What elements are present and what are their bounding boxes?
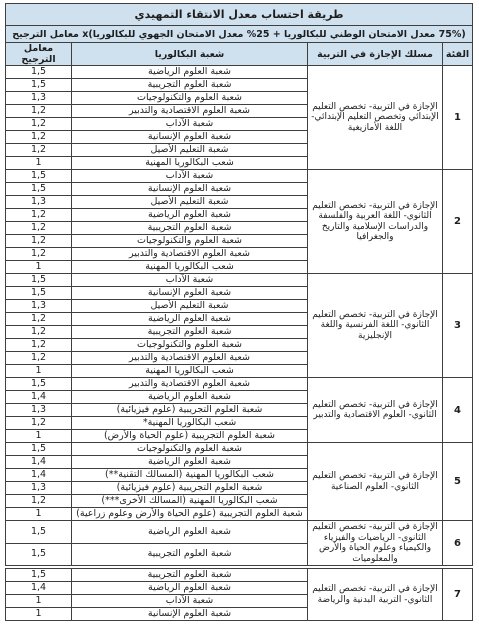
branch-cell: شعبة العلوم الرياضية — [72, 313, 308, 326]
branch-cell: شعبة العلوم التجريبية (علوم فيزيائية) — [72, 482, 308, 495]
track-cell: الإجازة في التربية- تخصص التعليم الثانوي… — [308, 378, 443, 443]
branch-cell: شعبة العلوم والتكنولوجيات — [72, 443, 308, 456]
branch-cell: شعبة الآداب — [72, 274, 308, 287]
branch-cell: شعبة العلوم التجريبية (علوم فيزيائية) — [72, 404, 308, 417]
coefficient-cell: 1,5 — [6, 543, 72, 566]
coefficient-cell: 1 — [6, 365, 72, 378]
table-body: 1الإجازة في التربية- تخصص التعليم الإبتد… — [6, 66, 473, 621]
branch-cell: شعبة العلوم الإنسانية — [72, 287, 308, 300]
branch-cell: شعب البكالوريا المهنية* — [72, 417, 308, 430]
branch-cell: شعبة العلوم الاقتصادية والتدبير — [72, 352, 308, 365]
track-cell: الإجازة في التربية- تخصص التعليم الثانوي… — [308, 521, 443, 566]
coefficient-cell: 1,5 — [6, 79, 72, 92]
table-row: 6الإجازة في التربية- تخصص التعليم الثانو… — [6, 521, 473, 544]
coefficient-cell: 1,2 — [6, 248, 72, 261]
coefficient-cell: 1,2 — [6, 131, 72, 144]
table-row: 3الإجازة في التربية- تخصص التعليم الثانو… — [6, 274, 473, 287]
coefficient-cell: 1,3 — [6, 92, 72, 105]
coefficient-cell: 1 — [6, 608, 72, 621]
branch-cell: شعبة العلوم الرياضية — [72, 521, 308, 544]
branch-cell: شعبة العلوم التجريبية — [72, 222, 308, 235]
category-cell: 1 — [443, 66, 473, 170]
coefficient-cell: 1,2 — [6, 495, 72, 508]
coefficient-cell: 1 — [6, 430, 72, 443]
coefficient-cell: 1,2 — [6, 417, 72, 430]
coefficient-cell: 1,5 — [6, 170, 72, 183]
category-cell: 3 — [443, 274, 473, 378]
table-row: 4الإجازة في التربية- تخصص التعليم الثانو… — [6, 378, 473, 391]
branch-cell: شعبة العلوم التجريبية — [72, 543, 308, 566]
coefficient-cell: 1,5 — [6, 521, 72, 544]
coefficient-cell: 1,4 — [6, 456, 72, 469]
branch-cell: شعبة العلوم التجريبية — [72, 79, 308, 92]
col-header-category: الفئة — [443, 43, 473, 66]
coefficient-cell: 1,2 — [6, 118, 72, 131]
col-header-coefficient: معامل الترجيح — [6, 43, 72, 66]
branch-cell: شعب البكالوريا المهنية — [72, 261, 308, 274]
coefficient-cell: 1,2 — [6, 209, 72, 222]
branch-cell: شعبة الآداب — [72, 595, 308, 608]
coefficient-cell: 1 — [6, 595, 72, 608]
branch-cell: شعبة العلوم التجريبية — [72, 326, 308, 339]
category-cell: 6 — [443, 521, 473, 566]
branch-cell: شعبة العلوم الرياضية — [72, 209, 308, 222]
table-row: 5الإجازة في التربية- تخصص التعليم الثانو… — [6, 443, 473, 456]
table-row: 2الإجازة في التربية- تخصص التعليم الثانو… — [6, 170, 473, 183]
branch-cell: شعبة العلوم الإنسانية — [72, 131, 308, 144]
branch-cell: شعب البكالوريا المهنية — [72, 365, 308, 378]
branch-cell: شعبة التعليم الأصيل — [72, 196, 308, 209]
coefficient-cell: 1,5 — [6, 66, 72, 79]
header-row: الفئة مسلك الإجازة في التربية شعبة البكا… — [6, 43, 473, 66]
coefficient-cell: 1,2 — [6, 144, 72, 157]
branch-cell: شعبة العلوم والتكنولوجيات — [72, 92, 308, 105]
track-cell: الإجازة في التربية- تخصص التعليم الثانوي… — [308, 274, 443, 378]
branch-cell: شعبة العلوم الرياضية — [72, 66, 308, 79]
coefficient-cell: 1,4 — [6, 391, 72, 404]
branch-cell: شعب البكالوريا المهنية (المسالك الأخرى**… — [72, 495, 308, 508]
branch-cell: شعبة العلوم التجريبية (علوم الحياة والأر… — [72, 430, 308, 443]
branch-cell: شعبة التعليم الأصيل — [72, 300, 308, 313]
selection-average-table: طريقة احتساب معدل الانتقاء التمهيدي (75%… — [5, 3, 473, 621]
branch-cell: شعبة العلوم التجريبية — [72, 569, 308, 582]
formula-row: (75% معدل الامتحان الوطني للبكالوريا + 2… — [6, 26, 473, 43]
category-cell: 5 — [443, 443, 473, 521]
track-cell: الإجازة في التربية- تخصص التعليم الثانوي… — [308, 569, 443, 621]
category-cell: 2 — [443, 170, 473, 274]
branch-cell: شعبة العلوم الرياضية — [72, 582, 308, 595]
col-header-track: مسلك الإجازة في التربية — [308, 43, 443, 66]
branch-cell: شعبة الآداب — [72, 118, 308, 131]
branch-cell: شعبة العلوم الرياضية — [72, 456, 308, 469]
coefficient-cell: 1,2 — [6, 339, 72, 352]
title-row: طريقة احتساب معدل الانتقاء التمهيدي — [6, 4, 473, 26]
branch-cell: شعبة العلوم الإنسانية — [72, 183, 308, 196]
page-title: طريقة احتساب معدل الانتقاء التمهيدي — [6, 4, 473, 26]
coefficient-cell: 1,3 — [6, 404, 72, 417]
branch-cell: شعبة العلوم والتكنولوجيات — [72, 339, 308, 352]
coefficient-cell: 1,2 — [6, 222, 72, 235]
category-cell: 7 — [443, 569, 473, 621]
category-cell: 4 — [443, 378, 473, 443]
coefficient-cell: 1,5 — [6, 569, 72, 582]
coefficient-cell: 1,5 — [6, 287, 72, 300]
track-cell: الإجازة في التربية- تخصص التعليم الإبتدا… — [308, 66, 443, 170]
coefficient-cell: 1,3 — [6, 482, 72, 495]
branch-cell: شعبة العلوم الاقتصادية والتدبير — [72, 248, 308, 261]
formula-text: (75% معدل الامتحان الوطني للبكالوريا + 2… — [6, 26, 473, 43]
branch-cell: شعبة العلوم والتكنولوجيات — [72, 235, 308, 248]
branch-cell: شعب البكالوريا المهنية — [72, 157, 308, 170]
coefficient-cell: 1,5 — [6, 183, 72, 196]
track-cell: الإجازة في التربية- تخصص التعليم الثانوي… — [308, 170, 443, 274]
coefficient-cell: 1,4 — [6, 469, 72, 482]
table-row: 1الإجازة في التربية- تخصص التعليم الإبتد… — [6, 66, 473, 79]
coefficient-cell: 1 — [6, 508, 72, 521]
col-header-branch: شعبة البكالوريا — [72, 43, 308, 66]
coefficient-cell: 1,2 — [6, 105, 72, 118]
table-row: 7الإجازة في التربية- تخصص التعليم الثانو… — [6, 569, 473, 582]
coefficient-cell: 1,4 — [6, 582, 72, 595]
branch-cell: شعبة العلوم الإنسانية — [72, 608, 308, 621]
page: طريقة احتساب معدل الانتقاء التمهيدي (75%… — [0, 0, 479, 640]
track-cell: الإجازة في التربية- تخصص التعليم الثانوي… — [308, 443, 443, 521]
coefficient-cell: 1,2 — [6, 313, 72, 326]
branch-cell: شعبة العلوم الاقتصادية والتدبير — [72, 105, 308, 118]
branch-cell: شعبة العلوم التجريبية (علوم الحياة والأر… — [72, 508, 308, 521]
coefficient-cell: 1,2 — [6, 235, 72, 248]
coefficient-cell: 1,5 — [6, 274, 72, 287]
branch-cell: شعبة العلوم الاقتصادية والتدبير — [72, 378, 308, 391]
coefficient-cell: 1,2 — [6, 326, 72, 339]
branch-cell: شعبة التعليم الأصيل — [72, 144, 308, 157]
coefficient-cell: 1,3 — [6, 196, 72, 209]
coefficient-cell: 1,3 — [6, 300, 72, 313]
coefficient-cell: 1 — [6, 157, 72, 170]
branch-cell: شعبة العلوم الرياضية — [72, 391, 308, 404]
coefficient-cell: 1,5 — [6, 443, 72, 456]
coefficient-cell: 1 — [6, 261, 72, 274]
coefficient-cell: 1,5 — [6, 378, 72, 391]
branch-cell: شعبة الآداب — [72, 170, 308, 183]
branch-cell: شعب البكالوريا المهنية (المسالك التقنية*… — [72, 469, 308, 482]
coefficient-cell: 1,2 — [6, 352, 72, 365]
